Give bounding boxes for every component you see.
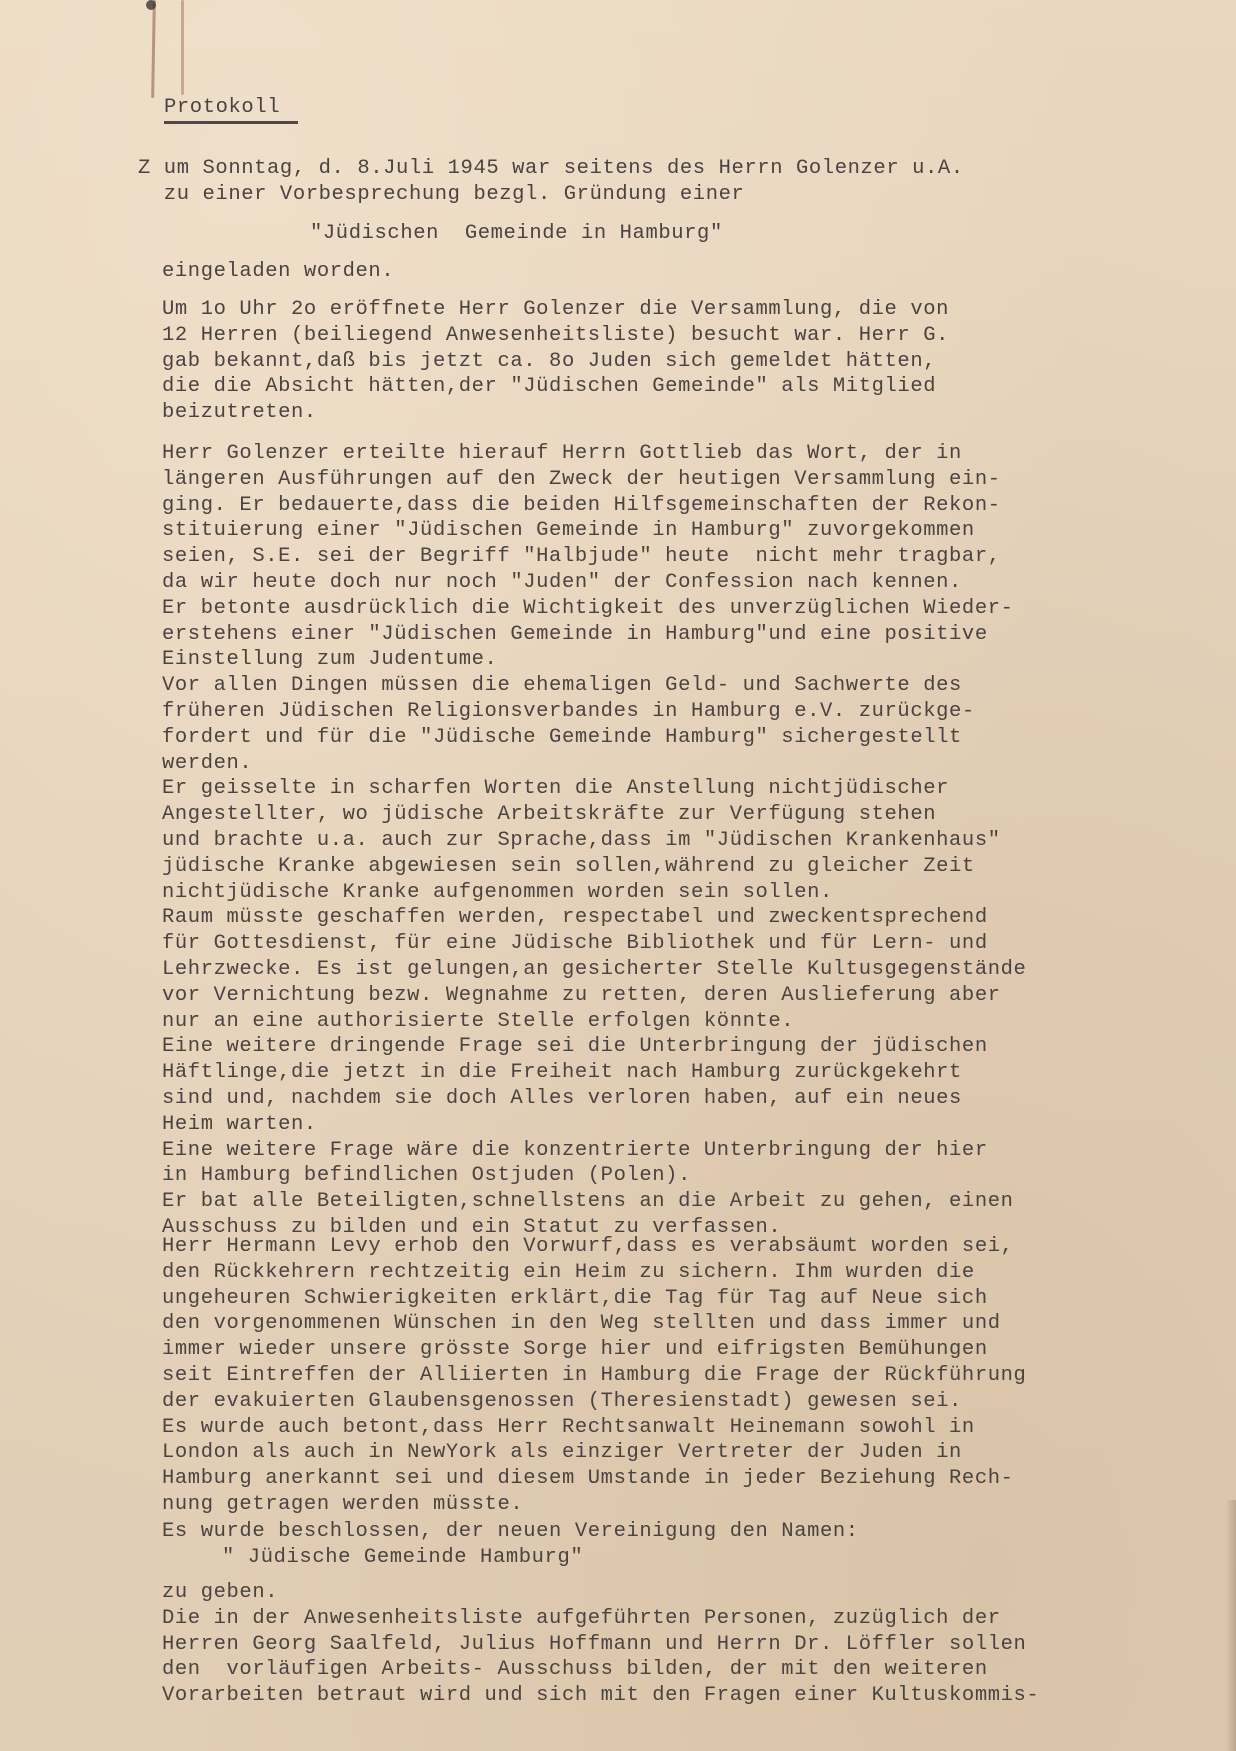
text-line: Eine weitere Frage wäre die konzentriert… [162,1138,1026,1164]
paragraph-para-resolution: Es wurde beschlossen, der neuen Vereinig… [162,1519,859,1545]
ink-blot [146,0,156,10]
text-line: Z um Sonntag, d. 8.Juli 1945 war seitens… [138,156,964,182]
text-line: fordert und für die "Jüdische Gemeinde H… [162,725,1026,751]
text-line: zu geben. [162,1580,1039,1606]
text-line: Er bat alle Beteiligten,schnellstens an … [162,1189,1026,1215]
text-line: nur an eine authorisierte Stelle erfolge… [162,1009,1026,1035]
text-line: jüdische Kranke abgewiesen sein sollen,w… [162,854,1026,880]
text-line: der evakuierten Glaubensgenossen (Theres… [162,1389,1026,1415]
text-line: ungeheuren Schwierigkeiten erklärt,die T… [162,1286,1026,1312]
text-line: längeren Ausführungen auf den Zweck der … [162,467,1026,493]
text-line: Herr Golenzer erteilte hierauf Herrn Got… [162,441,1026,467]
paragraph-para-committee: zu geben.Die in der Anwesenheitsliste au… [162,1580,1039,1709]
text-line: "Jüdischen Gemeinde in Hamburg" [310,221,723,247]
text-line: den vorläufigen Arbeits- Ausschuss bilde… [162,1657,1039,1683]
paragraph-intro-end: eingeladen worden. [162,259,394,285]
text-line: Heim warten. [162,1112,1026,1138]
text-line: Angestellter, wo jüdische Arbeitskräfte … [162,802,1026,828]
text-line: nung getragen werden müsste. [162,1492,1026,1518]
text-line: Hamburg anerkannt sei und diesem Umstand… [162,1466,1026,1492]
text-line: seit Eintreffen der Alliierten in Hambur… [162,1363,1026,1389]
text-line: Um 1o Uhr 2o eröffnete Herr Golenzer die… [162,297,949,323]
text-line: " Jüdische Gemeinde Hamburg" [222,1545,583,1571]
text-line: Eine weitere dringende Frage sei die Unt… [162,1034,1026,1060]
text-line: sind und, nachdem sie doch Alles verlore… [162,1086,1026,1112]
ink-stain-mark [151,0,156,98]
text-line: und brachte u.a. auch zur Sprache,dass i… [162,828,1026,854]
text-line: Vorarbeiten betraut wird und sich mit de… [162,1683,1039,1709]
text-line: Herr Hermann Levy erhob den Vorwurf,dass… [162,1234,1026,1260]
text-line: Er betonte ausdrücklich die Wichtigkeit … [162,596,1026,622]
text-line: Herren Georg Saalfeld, Julius Hoffmann u… [162,1632,1039,1658]
text-line: immer wieder unsere grösste Sorge hier u… [162,1337,1026,1363]
page-edge-shadow [1226,1500,1236,1751]
text-line: da wir heute doch nur noch "Juden" der C… [162,570,1026,596]
text-line: den Rückkehrern rechtzeitig ein Heim zu … [162,1260,1026,1286]
text-line: nichtjüdische Kranke aufgenommen worden … [162,880,1026,906]
text-line: Es wurde auch betont,dass Herr Rechtsanw… [162,1415,1026,1441]
text-line: die die Absicht hätten,der "Jüdischen Ge… [162,374,949,400]
text-line: ging. Er bedauerte,dass die beiden Hilfs… [162,493,1026,519]
paragraph-para-opening: Um 1o Uhr 2o eröffnete Herr Golenzer die… [162,297,949,426]
text-line: zu einer Vorbesprechung bezgl. Gründung … [138,182,964,208]
text-line: Lehrzwecke. Es ist gelungen,an gesichert… [162,957,1026,983]
text-line: Raum müsste geschaffen werden, respectab… [162,905,1026,931]
text-line: erstehens einer "Jüdischen Gemeinde in H… [162,622,1026,648]
text-line: Er geisselte in scharfen Worten die Anst… [162,776,1026,802]
paragraph-intro-quote: "Jüdischen Gemeinde in Hamburg" [310,221,723,247]
text-line: London als auch in NewYork als einziger … [162,1440,1026,1466]
paragraph-para-gottlieb: Herr Golenzer erteilte hierauf Herrn Got… [162,441,1026,1241]
document-title: Protokoll [164,96,298,124]
text-line: vor Vernichtung bezw. Wegnahme zu retten… [162,983,1026,1009]
paragraph-para-levy: Herr Hermann Levy erhob den Vorwurf,dass… [162,1234,1026,1518]
text-line: Häftlinge,die jetzt in die Freiheit nach… [162,1060,1026,1086]
text-line: eingeladen worden. [162,259,394,285]
ink-stain-mark [181,0,184,95]
text-line: werden. [162,751,1026,777]
text-line: früheren Jüdischen Religionsverbandes in… [162,699,1026,725]
text-line: beizutreten. [162,400,949,426]
text-line: den vorgenommenen Wünschen in den Weg st… [162,1311,1026,1337]
text-line: für Gottesdienst, für eine Jüdische Bibl… [162,931,1026,957]
paragraph-intro: Z um Sonntag, d. 8.Juli 1945 war seitens… [138,156,964,208]
text-line: Es wurde beschlossen, der neuen Vereinig… [162,1519,859,1545]
text-line: in Hamburg befindlichen Ostjuden (Polen)… [162,1163,1026,1189]
paragraph-resolution-name: " Jüdische Gemeinde Hamburg" [222,1545,583,1571]
text-line: seien, S.E. sei der Begriff "Halbjude" h… [162,544,1026,570]
text-line: Die in der Anwesenheitsliste aufgeführte… [162,1606,1039,1632]
text-line: Einstellung zum Judentume. [162,647,1026,673]
document-page: Protokoll Z um Sonntag, d. 8.Juli 1945 w… [0,0,1236,1751]
text-line: gab bekannt,daß bis jetzt ca. 8o Juden s… [162,349,949,375]
text-line: stituierung einer "Jüdischen Gemeinde in… [162,518,1026,544]
text-line: Vor allen Dingen müssen die ehemaligen G… [162,673,1026,699]
text-line: 12 Herren (beiliegend Anwesenheitsliste)… [162,323,949,349]
